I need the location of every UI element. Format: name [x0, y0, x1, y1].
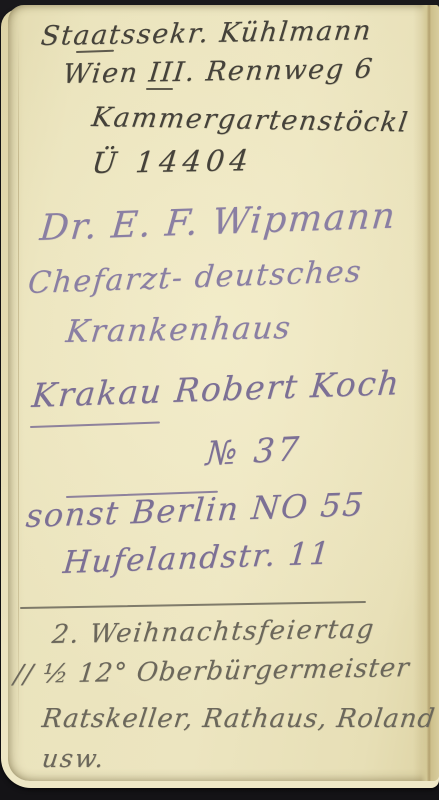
line-wien-rennweg: Wien III. Rennweg 6 — [61, 54, 375, 91]
divider-rule — [20, 601, 366, 609]
underline-iii — [146, 88, 173, 90]
line-chefarzt: Chefarzt- deutsches — [26, 255, 363, 301]
line-kammergartenstoeckl: Kammergartenstöckl — [90, 102, 411, 139]
line-krankenhaus: Krankenhaus — [64, 311, 293, 351]
line-weihnachtsfeiertag: 2. Weihnachtsfeiertag — [50, 615, 376, 651]
underline-sekr — [76, 50, 114, 53]
line-halb-zwoelf: // ½ 12° Oberbürgermeister — [12, 654, 411, 691]
notebook-page: Staatssekr. KühlmannWien III. Rennweg 6K… — [8, 5, 439, 781]
line-usw: usw. — [40, 745, 107, 774]
line-hufelandstr: Hufelandstr. 11 — [61, 537, 332, 582]
notebook-scan: Staatssekr. KühlmannWien III. Rennweg 6K… — [0, 0, 439, 800]
line-staatssekr-kuehlmann: Staatssekr. Kühlmann — [39, 15, 373, 52]
binding-gutter — [413, 5, 439, 781]
fore-edge-line — [18, 29, 19, 751]
line-sonst-berlin: sonst Berlin NO 55 — [24, 486, 366, 535]
line-phone-number: Ü 14404 — [90, 144, 254, 180]
line-no-37: № 37 — [205, 430, 303, 473]
line-dr-name: Dr. E. F. Wipmann — [38, 195, 398, 249]
line-ratskeller: Ratskeller, Rathaus, Roland — [40, 705, 437, 735]
line-krakau-robert-koch: Krakau Robert Koch — [30, 364, 402, 415]
underline-krakau — [30, 421, 160, 428]
